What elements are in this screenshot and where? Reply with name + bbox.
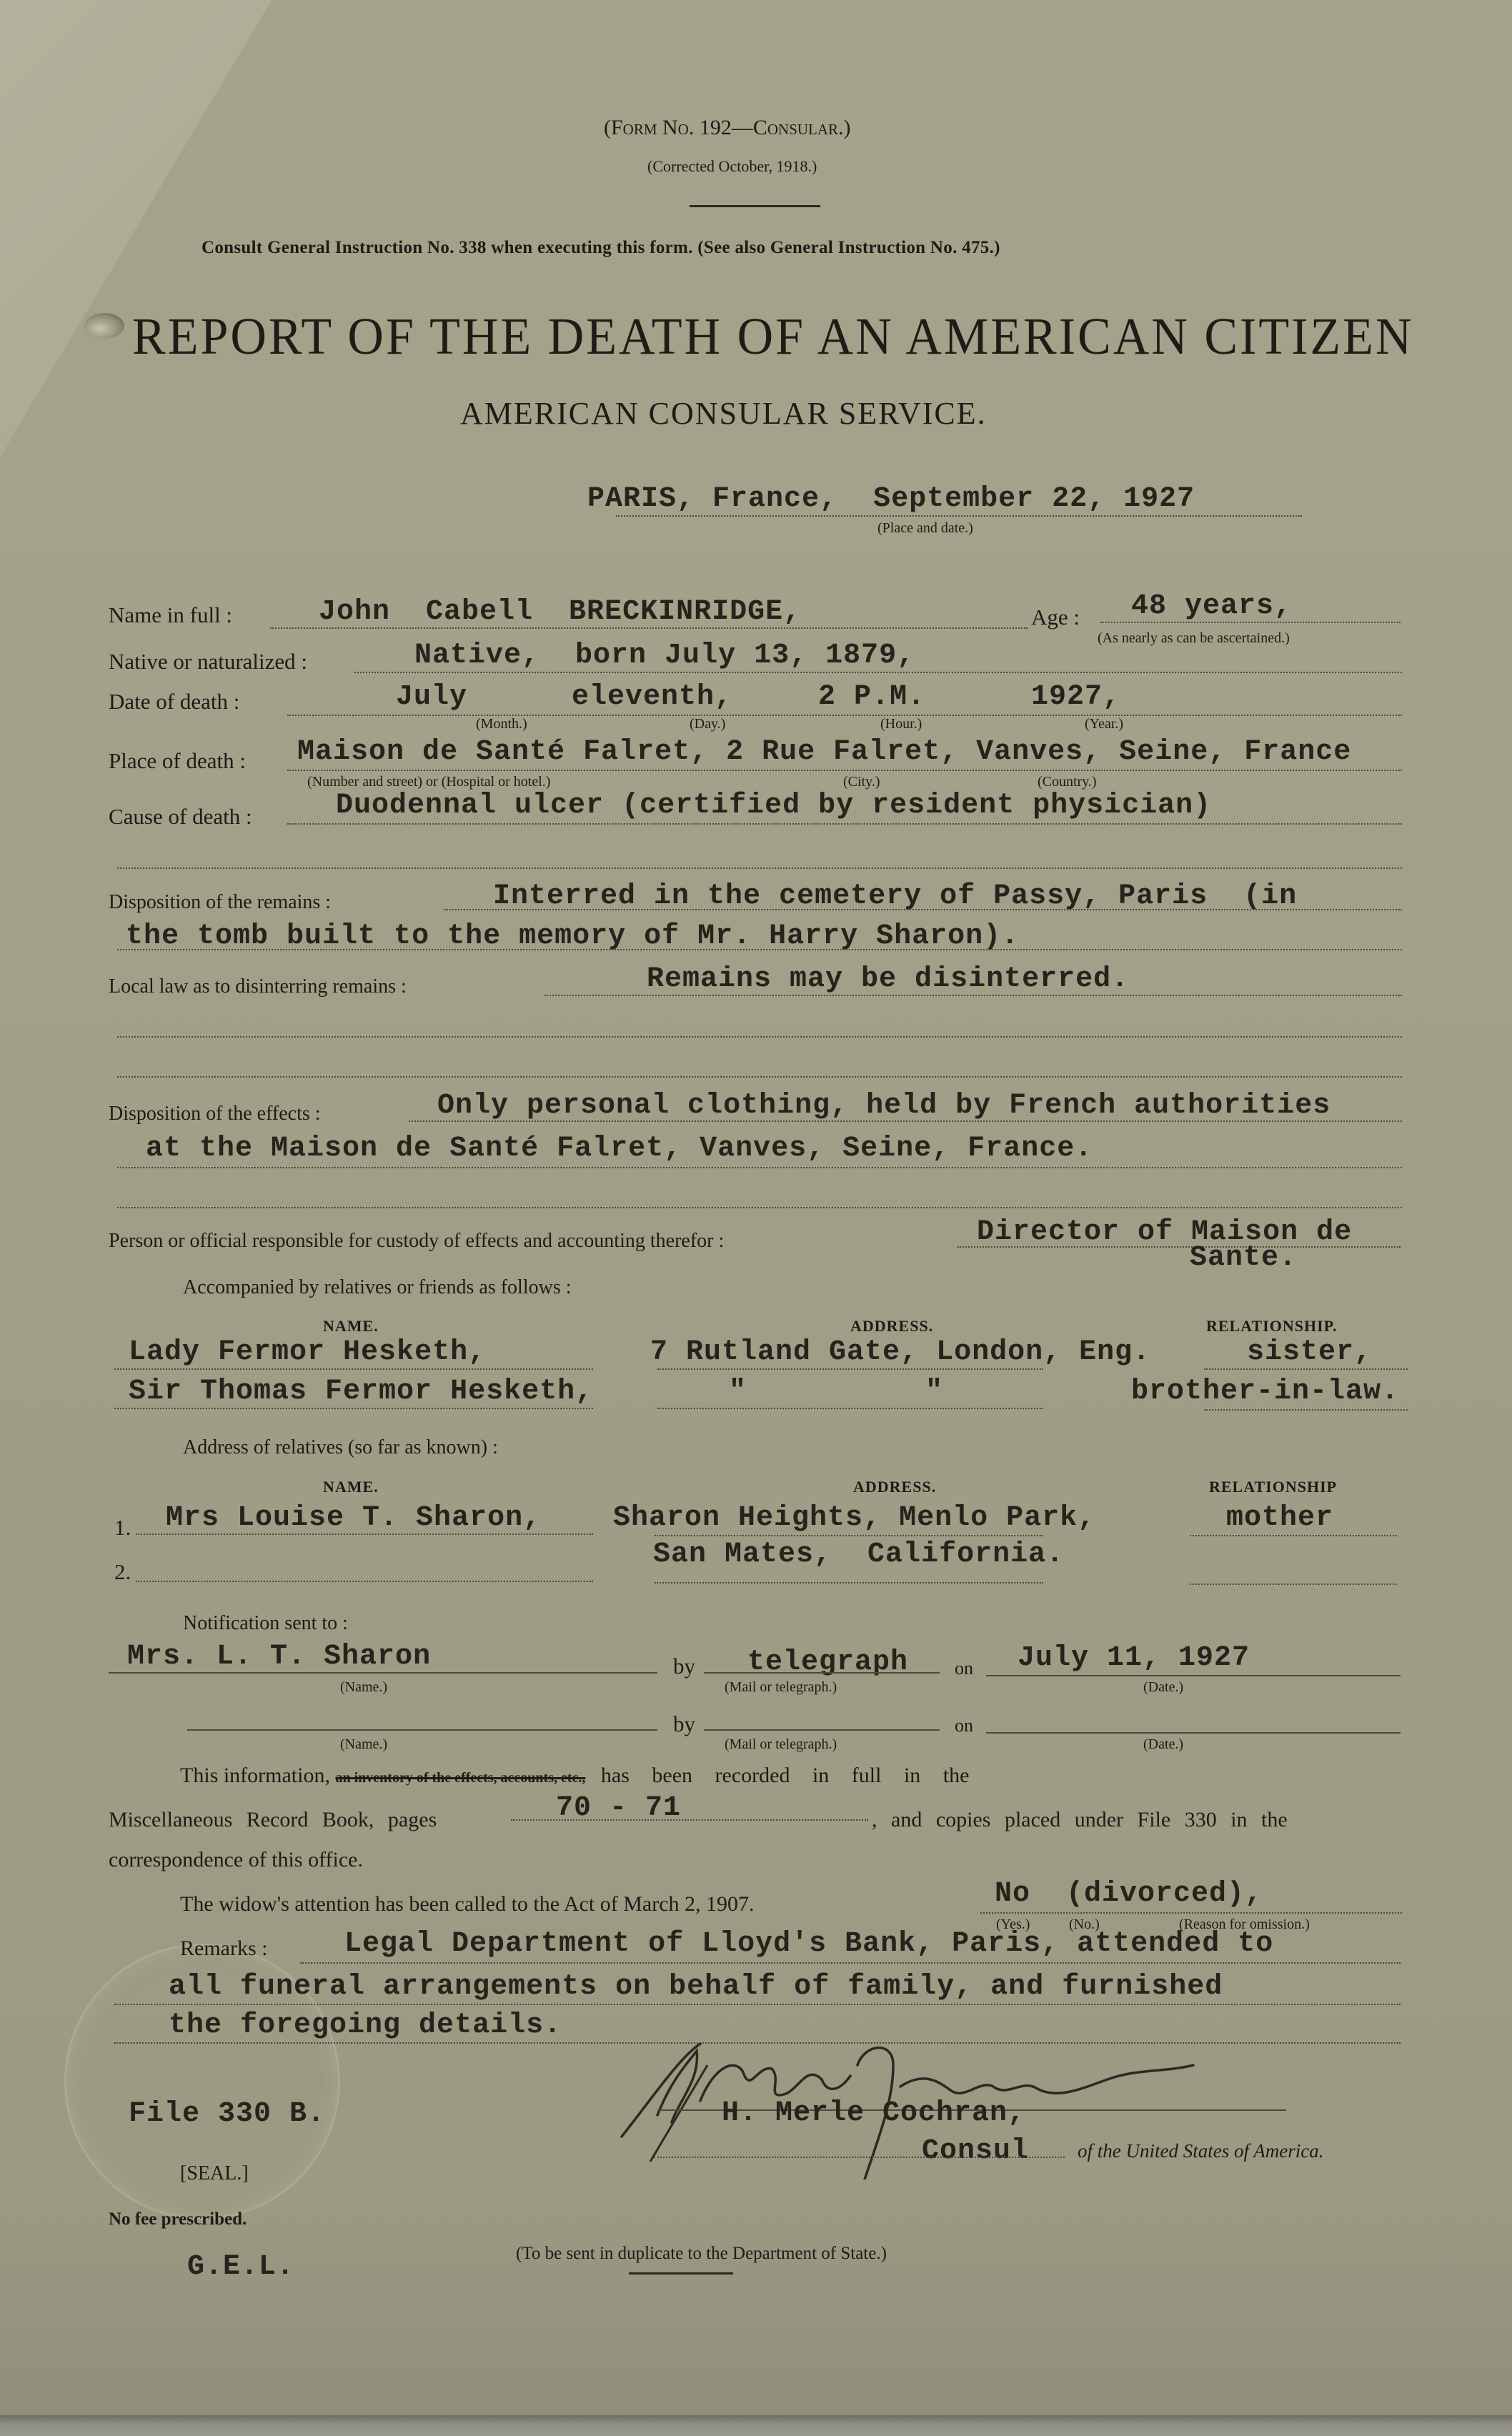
caption-day: (Day.): [690, 716, 725, 732]
record-struck-text: an inventory of the effects, accounts, e…: [335, 1770, 585, 1786]
accompanied-address-line: [657, 1368, 1043, 1370]
caption-country: (Country.): [1038, 774, 1097, 790]
page-subtitle: AMERICAN CONSULAR SERVICE.: [460, 395, 987, 432]
cause-of-death-value[interactable]: Duodennal ulcer (certified by resident p…: [336, 790, 1211, 822]
notification-method[interactable]: telegraph: [747, 1646, 908, 1679]
caption-month: (Month.): [476, 716, 527, 732]
record-text-start: This information,: [180, 1764, 330, 1787]
disposition-effects-label: Disposition of the effects :: [109, 1103, 321, 1125]
caption-name: (Name.): [340, 1736, 387, 1753]
relative-number: 2.: [114, 1559, 131, 1585]
relative-name-line: [136, 1581, 593, 1582]
accompanied-name[interactable]: Sir Thomas Fermor Hesketh,: [129, 1376, 593, 1408]
age-label: Age :: [1031, 605, 1080, 630]
disposition-remains-underline2: [117, 949, 1402, 950]
notification-by: by: [673, 1654, 695, 1679]
relative-address-line1[interactable]: Sharon Heights, Menlo Park,: [613, 1502, 1095, 1534]
relative-relationship-line: [1190, 1535, 1397, 1536]
widow-text: The widow's attention has been called to…: [180, 1892, 755, 1917]
blank-line-3: [117, 1076, 1402, 1078]
remarks-underline1: [300, 1962, 1401, 1964]
caption-year: (Year.): [1085, 716, 1123, 732]
date-of-death-line: [287, 715, 1402, 716]
accompanied-name-line: [114, 1368, 593, 1370]
widow-value[interactable]: No (divorced),: [995, 1878, 1263, 1910]
date-of-death-label: Date of death :: [109, 689, 239, 715]
accompanied-header-name: NAME.: [323, 1317, 379, 1336]
accompanied-relationship[interactable]: sister,: [1247, 1336, 1372, 1368]
caption-date: (Date.): [1143, 1679, 1183, 1696]
title-line: [654, 2157, 1065, 2158]
name-label: Name in full :: [109, 602, 232, 628]
custodian-underline: [958, 1246, 1401, 1248]
notification-date-line: [986, 1675, 1401, 1676]
native-line: [354, 672, 1402, 673]
local-law-label: Local law as to disinterring remains :: [109, 975, 407, 998]
accompanied-relationship[interactable]: brother-in-law.: [1131, 1376, 1399, 1408]
seal-label: [SEAL.]: [180, 2162, 249, 2185]
remarks-line1[interactable]: Legal Department of Lloyd's Bank, Paris,…: [344, 1928, 1273, 1960]
caption-hour: (Hour.): [880, 716, 922, 732]
accompanied-relationship-line: [1204, 1409, 1408, 1411]
notification-date-line: [986, 1732, 1401, 1734]
disposition-effects-underline2: [117, 1167, 1402, 1168]
disposition-remains-line2[interactable]: the tomb built to the memory of Mr. Harr…: [126, 920, 1019, 953]
caption-method: (Mail or telegraph.): [725, 1736, 837, 1753]
remarks-line3[interactable]: the foregoing details.: [169, 2009, 562, 2042]
clerk-initials: G.E.L.: [187, 2251, 294, 2283]
record-text-mid: has been recorded in full in the: [601, 1764, 970, 1787]
caption-date: (Date.): [1143, 1736, 1183, 1753]
fee-note: No fee prescribed.: [109, 2209, 247, 2229]
signature-suffix: of the United States of America.: [1078, 2140, 1323, 2162]
notification-by: by: [673, 1711, 695, 1737]
notification-label: Notification sent to :: [183, 1612, 348, 1635]
duplicate-note: (To be sent in duplicate to the Departme…: [516, 2244, 887, 2264]
name-line: [270, 627, 1028, 629]
custodian-line2[interactable]: Sante.: [1190, 1242, 1297, 1274]
name-value[interactable]: John Cabell BRECKINRIDGE,: [319, 596, 801, 628]
relative-address-underline2: [655, 1582, 1043, 1584]
instruction-note: Consult General Instruction No. 338 when…: [202, 238, 1000, 258]
relative-address-line2[interactable]: San Mates, California.: [653, 1538, 1064, 1571]
accompanied-address-line: [657, 1408, 1043, 1409]
accompanied-relationship-line: [1204, 1368, 1408, 1370]
relatives-header-address: ADDRESS.: [853, 1478, 936, 1496]
place-date-caption: (Place and date.): [877, 520, 973, 537]
record-book-tail: , and copies placed under File 330 in th…: [872, 1808, 1288, 1832]
remarks-line2[interactable]: all funeral arrangements on behalf of fa…: [169, 1971, 1223, 2003]
disposition-remains-underline1: [444, 909, 1402, 910]
notification-method-line: [704, 1672, 940, 1674]
relative-name[interactable]: Mrs Louise T. Sharon,: [166, 1502, 541, 1534]
cause-of-death-line: [287, 823, 1402, 825]
notification-name[interactable]: Mrs. L. T. Sharon: [127, 1641, 431, 1673]
file-number: File 330 B.: [129, 2098, 325, 2130]
notification-name-line: [187, 1729, 657, 1731]
widow-line: [980, 1912, 1402, 1914]
death-year[interactable]: 1927,: [1031, 681, 1120, 713]
accompanied-address[interactable]: 7 Rutland Gate, London, Eng.: [650, 1336, 1150, 1368]
accompanied-header-address: ADDRESS.: [850, 1317, 933, 1336]
relatives-header-name: NAME.: [323, 1478, 379, 1496]
native-label: Native or naturalized :: [109, 649, 307, 675]
cause-of-death-label: Cause of death :: [109, 804, 252, 830]
age-caption: (As nearly as can be ascertained.): [1098, 630, 1290, 647]
accompanied-name-line: [114, 1408, 593, 1409]
notification-method-line: [704, 1729, 940, 1731]
native-value[interactable]: Native, born July 13, 1879,: [414, 640, 915, 672]
disposition-effects-line1[interactable]: Only personal clothing, held by French a…: [437, 1090, 1331, 1122]
caption-name: (Name.): [340, 1679, 387, 1696]
page-title: REPORT OF THE DEATH OF AN AMERICAN CITIZ…: [132, 307, 1413, 367]
place-of-death-line: [287, 770, 1402, 771]
relative-relationship-line: [1190, 1584, 1397, 1585]
custodian-label: Person or official responsible for custo…: [109, 1230, 724, 1253]
punch-hole: [84, 313, 124, 339]
death-month[interactable]: July: [396, 681, 467, 713]
notification-date[interactable]: July 11, 1927: [1018, 1642, 1250, 1674]
disposition-remains-label: Disposition of the remains :: [109, 891, 331, 914]
local-law-value[interactable]: Remains may be disinterred.: [647, 963, 1129, 995]
accompanied-name[interactable]: Lady Fermor Hesketh,: [129, 1336, 486, 1368]
corrected-date: (Corrected October, 1918.): [647, 157, 817, 176]
notification-on: on: [955, 1658, 973, 1679]
place-of-death-value[interactable]: Maison de Santé Falret, 2 Rue Falret, Va…: [297, 736, 1351, 768]
accompanied-address[interactable]: " ": [729, 1376, 943, 1408]
record-line3: correspondence of this office.: [109, 1848, 363, 1872]
blank-line-2: [117, 1036, 1402, 1038]
local-law-line: [544, 995, 1402, 996]
disposition-remains-line1[interactable]: Interred in the cemetery of Passy, Paris…: [493, 880, 1297, 913]
disposition-effects-underline1: [409, 1120, 1402, 1122]
notification-name-line: [109, 1672, 657, 1674]
notification-on: on: [955, 1715, 973, 1736]
remarks-underline2: [114, 2004, 1401, 2005]
death-day[interactable]: eleventh,: [572, 681, 732, 713]
disposition-effects-line2[interactable]: at the Maison de Santé Falret, Vanves, S…: [146, 1133, 1093, 1165]
relative-name-line: [136, 1533, 593, 1535]
relatives-label: Address of relatives (so far as known) :: [183, 1436, 498, 1459]
blank-line-4: [117, 1207, 1402, 1208]
death-hour[interactable]: 2 P.M.: [818, 681, 925, 713]
accompanied-label: Accompanied by relatives or friends as f…: [183, 1276, 572, 1299]
signature-name: H. Merle Cochran,: [722, 2097, 1025, 2129]
duplicate-underline: [629, 2272, 733, 2275]
caption-city: (City.): [843, 774, 880, 790]
remarks-label: Remarks :: [180, 1937, 267, 1961]
relative-address-underline1: [655, 1535, 1043, 1536]
age-line: [1100, 622, 1401, 623]
record-line1: This information, an inventory of the ef…: [180, 1764, 1395, 1788]
caption-street: (Number and street) or (Hospital or hote…: [307, 774, 550, 790]
page-bottom-edge: [0, 2415, 1512, 2436]
accompanied-header-relationship: RELATIONSHIP.: [1206, 1317, 1338, 1336]
record-book-label: Miscellaneous Record Book, pages: [109, 1808, 437, 1832]
relatives-header-relationship: RELATIONSHIP: [1209, 1478, 1337, 1496]
place-date-value: PARIS, France, September 22, 1927: [587, 483, 1195, 515]
header-rule: [690, 205, 820, 207]
signature-title: Consul: [922, 2135, 1029, 2167]
form-number: (Form No. 192—Consular.): [604, 116, 851, 140]
place-of-death-label: Place of death :: [109, 748, 246, 774]
caption-method: (Mail or telegraph.): [725, 1679, 837, 1696]
record-pages-line: [511, 1819, 868, 1821]
place-date-line: [616, 515, 1302, 517]
age-value[interactable]: 48 years,: [1131, 590, 1292, 622]
relative-relationship[interactable]: mother: [1226, 1502, 1333, 1534]
relative-number: 1.: [114, 1515, 131, 1541]
blank-line-1: [117, 867, 1402, 869]
